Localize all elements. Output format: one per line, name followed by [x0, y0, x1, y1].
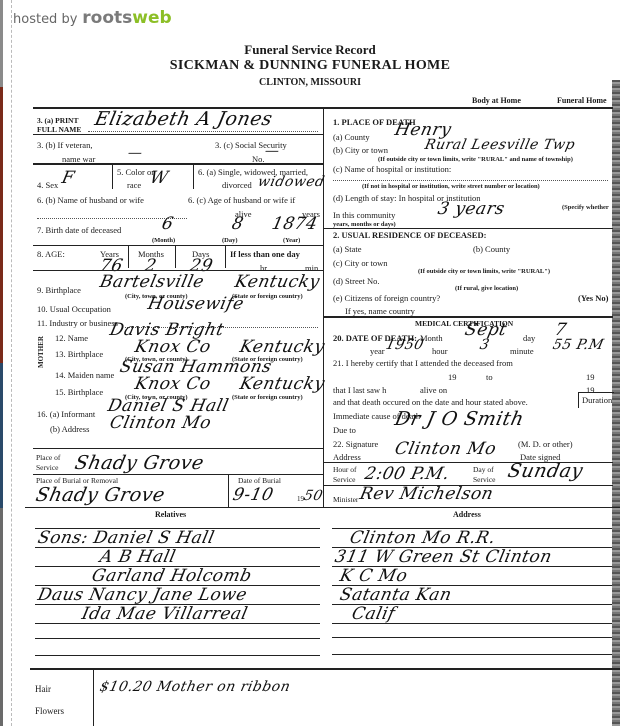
birthplace-label: 9. Birthplace [37, 286, 81, 295]
to-label: to [486, 373, 493, 382]
divider [578, 392, 579, 408]
form-title: Funeral Service Record [0, 42, 620, 58]
alive-on-label: alive on [420, 386, 447, 395]
relative-name: Sons: Daniel S Hall [36, 530, 216, 547]
minute-label: minute [510, 347, 534, 356]
relatives-title: Relatives [155, 511, 186, 519]
rule [323, 228, 613, 229]
veteran-value: — [127, 146, 144, 160]
center-divider [323, 108, 324, 508]
md-label: (M. D. or other) [518, 440, 573, 449]
relative-address: Clinton Mo R.R. [348, 530, 497, 547]
year-19: 19 [586, 386, 595, 395]
rule [332, 637, 612, 638]
father-birth-city: Knox Co [133, 339, 212, 356]
hosted-by-text: hosted by [13, 12, 77, 27]
full-name-label: 3. (a) PRINT [37, 117, 78, 125]
county-label: (a) County [333, 133, 370, 142]
due-to-label: Due to [333, 426, 356, 435]
birth-day: 8 [230, 216, 245, 233]
birth-month: 6 [160, 216, 175, 233]
relative-name: Daus Nancy Jane Lowe [36, 587, 248, 604]
minister-label: Minister [333, 496, 358, 504]
rule [578, 392, 614, 393]
rule [33, 474, 323, 475]
hour-label: hour [432, 347, 448, 356]
veteran-label: 3. (b) If veteran, [37, 141, 92, 150]
day-of-service-value: Sunday [506, 462, 585, 481]
race-label-2: race [127, 181, 141, 190]
physician-address-value: Clinton Mo [393, 441, 498, 458]
brand-roots: roots [82, 8, 132, 28]
birthplace-state: Kentucky [233, 274, 321, 291]
divider [228, 475, 229, 507]
physician-address-label: Address [333, 453, 361, 462]
occupation-value: Housewife [146, 296, 245, 313]
community-label: In this community [333, 211, 395, 220]
sex-label: 4. Sex [37, 181, 58, 190]
day-label: day [523, 334, 535, 343]
hour-of-service-label-2: Service [333, 476, 356, 484]
relative-address: K C Mo [338, 568, 409, 585]
citizen-label: (e) Citizens of foreign country? [333, 294, 440, 303]
state-hint: (State or foreign country) [232, 394, 303, 401]
spouse-age-label: 6. (c) Age of husband or wife if [188, 196, 295, 205]
last-saw-label: that I last saw h [333, 386, 386, 395]
relative-address: Satanta Kan [338, 587, 453, 604]
minister-value: Rev Michelson [358, 486, 495, 503]
relative-address: 311 W Green St Clinton [333, 549, 553, 566]
residence-title: 2. USUAL RESIDENCE OF DECEASED: [333, 231, 486, 240]
brand-web: web [132, 8, 171, 28]
hour-of-service-label: Hour of [333, 466, 357, 474]
divider [112, 164, 113, 189]
scan-edge [612, 80, 620, 726]
hospital-hint: (If not in hospital or institution, writ… [362, 183, 540, 190]
signature-label: 22. Signature [333, 440, 378, 449]
community-value: 3 years [436, 201, 506, 218]
date-of-burial-value: 9-10 [231, 487, 275, 504]
rule [323, 316, 613, 318]
margin-guide [11, 0, 12, 726]
marital-label-2: divorced [222, 181, 252, 190]
divider [225, 246, 226, 268]
body-at-home-label: Body at Home [472, 96, 521, 105]
stay-hint: (Specify whether [562, 204, 609, 211]
relative-address: Calif [350, 606, 396, 623]
rule [35, 638, 320, 639]
community-hint: years, months or days) [333, 221, 396, 228]
address-title: Address [453, 511, 481, 519]
country-label: If yes, name country [345, 307, 415, 316]
flowers-label: Flowers [35, 707, 64, 716]
race-value: W [148, 170, 170, 187]
day-hint: (Day) [222, 237, 238, 244]
rule [35, 655, 320, 656]
mother-birthplace-label: 15. Birthplace [55, 388, 103, 397]
age-label: 8. AGE: [37, 250, 65, 259]
rule [332, 654, 612, 655]
mother-maiden-label: 14. Maiden name [55, 371, 114, 380]
rule [30, 668, 620, 670]
hour-of-service-value: 2:00 P.M. [363, 466, 451, 483]
date-of-burial-label: Date of Burial [238, 477, 281, 485]
residence-city-label: (c) City or town [333, 259, 388, 268]
street-label: (d) Street No. [333, 277, 380, 286]
informant-label: 16. (a) Informant [37, 410, 95, 419]
informant-address-label: (b) Address [50, 425, 89, 434]
relative-name: Ida Mae Villarreal [80, 606, 249, 623]
birthplace-city: Bartelsville [98, 274, 205, 291]
certify-text: 21. I hereby certify that I attended the… [333, 359, 513, 368]
month-hint: (Month) [152, 237, 175, 244]
sex-value: F [60, 170, 76, 187]
rule [33, 448, 323, 449]
residence-city-hint: (If outside city or town limits, write "… [418, 268, 550, 275]
birth-date-label: 7. Birth date of deceased [37, 226, 121, 235]
city-hint: (If outside city or town limits, write "… [378, 156, 573, 163]
flowers-note: $10.20 Mother on ribbon [99, 680, 292, 694]
father-name-label: 12. Name [55, 334, 88, 343]
race-label: 5. Color or [117, 168, 154, 177]
rule [25, 507, 620, 508]
death-year: 1950 [385, 338, 426, 352]
citizen-options: (Yes No) [578, 294, 608, 303]
day-of-service-label-2: Service [473, 476, 496, 484]
place-of-service-label-2: Service [36, 464, 59, 472]
year-hint: (Year) [283, 237, 300, 244]
dotted-line [333, 180, 608, 181]
rule [33, 245, 323, 246]
residence-state-label: (a) State [333, 245, 362, 254]
rule [33, 163, 323, 165]
death-occurred-text: and that death occured on the date and h… [333, 398, 528, 407]
mother-birth-state: Kentucky [238, 376, 326, 393]
occupation-label: 10. Usual Occupation [37, 305, 111, 314]
informant-address-value: Clinton Mo [108, 415, 213, 432]
father-birth-state: Kentucky [238, 339, 326, 356]
year-19: 19 [448, 373, 457, 382]
city-label: (b) City or town [333, 146, 388, 155]
duration-label: Duration [582, 396, 612, 405]
divider [193, 164, 194, 189]
place-of-service-value: Shady Grove [73, 454, 206, 473]
hospital-label: (c) Name of hospital or institution: [333, 165, 451, 174]
rule [33, 134, 323, 135]
divider [93, 670, 94, 726]
spouse-name-label: 6. (b) Name of husband or wife [37, 196, 144, 205]
physician-signature: Dr J O Smith [393, 410, 526, 429]
left-edge-strip [0, 0, 3, 726]
burial-year: 50 [303, 489, 325, 503]
day-of-service-label: Day of [473, 466, 494, 474]
place-of-service-label: Place of [36, 454, 60, 462]
relative-name: A B Hall [98, 549, 177, 566]
funeral-home-location: CLINTON, MISSOURI [0, 77, 620, 88]
funeral-home-label: Funeral Home [557, 96, 607, 105]
hosted-by-watermark[interactable]: hosted by rootsweb [13, 8, 172, 28]
full-name-value: Elizabeth A Jones [93, 110, 274, 129]
father-birthplace-label: 13. Birthplace [55, 350, 103, 359]
birth-year: 1874 [270, 216, 319, 233]
mother-birth-city: Knox Co [133, 376, 212, 393]
mother-section-label: MOTHER [37, 336, 45, 368]
year-label: year [370, 347, 385, 356]
street-hint: (If rural, give location) [455, 285, 518, 292]
dotted-line [88, 131, 318, 132]
full-name-label-2: FULL NAME [37, 126, 81, 134]
year-19: 19 [586, 373, 595, 382]
industry-label: 11. Industry or business [37, 319, 118, 328]
death-city-value: Rural Leesville Twp [424, 138, 577, 152]
marital-value: widowed [257, 175, 327, 189]
divider [175, 246, 176, 268]
death-minute: 55 P.M [552, 338, 606, 352]
less-than-day-label: If less than one day [230, 250, 300, 259]
funeral-home-name: SICKMAN & DUNNING FUNERAL HOME [0, 58, 620, 74]
ssn-value: — [264, 144, 281, 158]
relative-name: Garland Holcomb [90, 568, 253, 585]
place-of-burial-value: Shady Grove [34, 486, 167, 505]
residence-county-label: (b) County [473, 245, 510, 254]
rule [33, 270, 323, 271]
hair-label: Hair [35, 685, 51, 694]
death-hour: 3 [479, 338, 491, 352]
divider [128, 246, 129, 268]
